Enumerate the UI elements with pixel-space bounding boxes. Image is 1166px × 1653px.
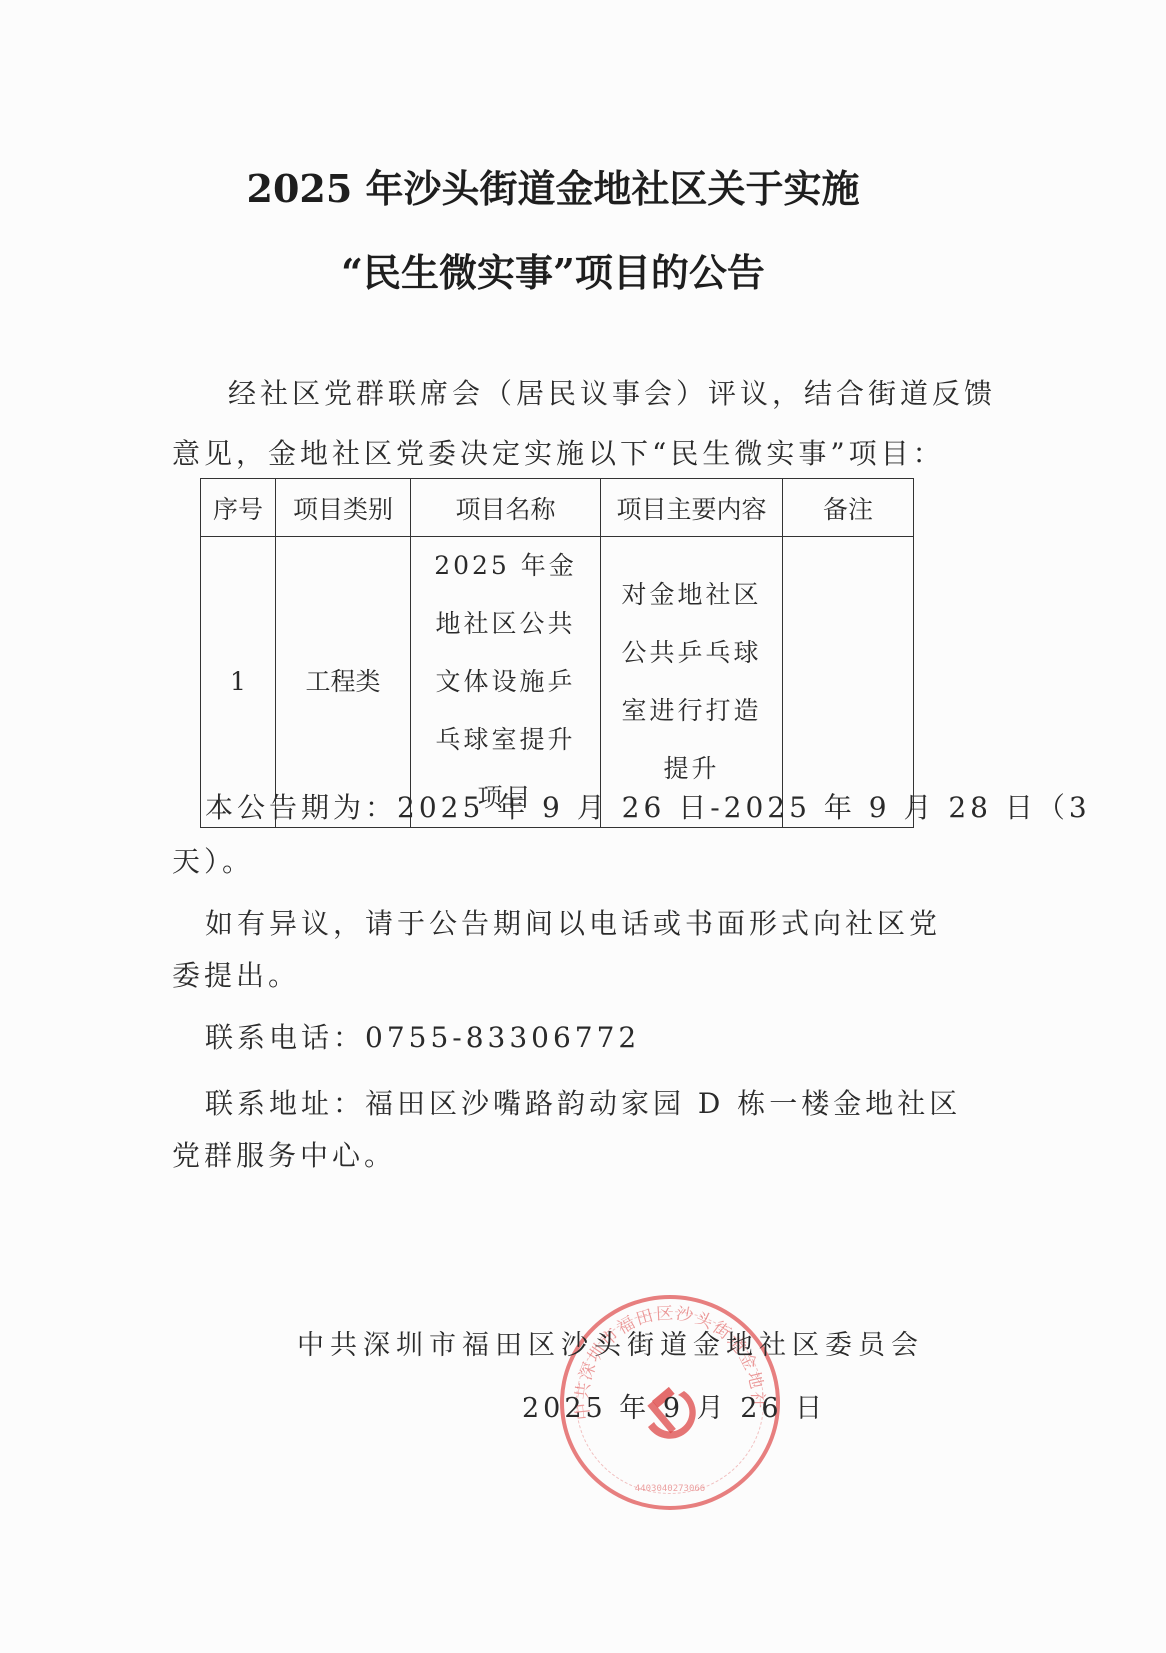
header-category: 项目类别 bbox=[276, 479, 411, 537]
header-name: 项目名称 bbox=[411, 479, 601, 537]
objection-line2: 委提出。 bbox=[172, 954, 300, 994]
cell-name: 2025 年金地社区公共文体设施乒乓球室提升项目 bbox=[423, 537, 588, 827]
notice-period-line2: 天）。 bbox=[172, 840, 254, 880]
contact-phone: 联系电话：0755-83306772 bbox=[205, 1016, 640, 1056]
document-title-line2: “民生微实事”项目的公告 bbox=[0, 242, 1106, 297]
project-table: 序号 项目类别 项目名称 项目主要内容 备注 1 工程类 2025 年金地社区公… bbox=[200, 478, 914, 828]
contact-address-line2: 党群服务中心。 bbox=[172, 1134, 396, 1174]
document-page: 2025 年沙头街道金地社区关于实施 “民生微实事”项目的公告 经社区党群联席会… bbox=[0, 0, 1166, 1653]
document-title-line1: 2025 年沙头街道金地社区关于实施 bbox=[0, 158, 1106, 213]
header-content: 项目主要内容 bbox=[601, 479, 783, 537]
signature-organization: 中共深圳市福田区沙头街道金地社区委员会 bbox=[297, 1323, 924, 1362]
cell-content: 对金地社区公共乒乓球室进行打造提升 bbox=[609, 566, 774, 798]
table-header-row: 序号 项目类别 项目名称 项目主要内容 备注 bbox=[201, 479, 914, 537]
header-index: 序号 bbox=[201, 479, 276, 537]
contact-address-line1: 联系地址：福田区沙嘴路韵动家园 D 栋一楼金地社区 bbox=[205, 1082, 961, 1122]
cell-name-wrap: 2025 年金地社区公共文体设施乒乓球室提升项目 bbox=[411, 537, 601, 828]
intro-paragraph-line2: 意见，金地社区党委决定实施以下“民生微实事”项目： bbox=[172, 432, 945, 472]
table-row: 1 工程类 2025 年金地社区公共文体设施乒乓球室提升项目 对金地社区公共乒乓… bbox=[201, 537, 914, 828]
objection-line1: 如有异议，请于公告期间以电话或书面形式向社区党 bbox=[205, 902, 941, 942]
intro-paragraph-line1: 经社区党群联席会（居民议事会）评议，结合街道反馈 bbox=[228, 372, 996, 412]
cell-remark bbox=[783, 537, 914, 828]
cell-index: 1 bbox=[201, 537, 276, 828]
notice-period-line1: 本公告期为：2025 年 9 月 26 日-2025 年 9 月 28 日（3 bbox=[205, 786, 1091, 826]
header-remark: 备注 bbox=[783, 479, 914, 537]
seal-code: 4403040273066 bbox=[635, 1484, 705, 1494]
cell-category: 工程类 bbox=[276, 537, 411, 828]
signature-date: 2025 年 9 月 26 日 bbox=[522, 1386, 826, 1425]
cell-content-wrap: 对金地社区公共乒乓球室进行打造提升 bbox=[601, 537, 783, 828]
